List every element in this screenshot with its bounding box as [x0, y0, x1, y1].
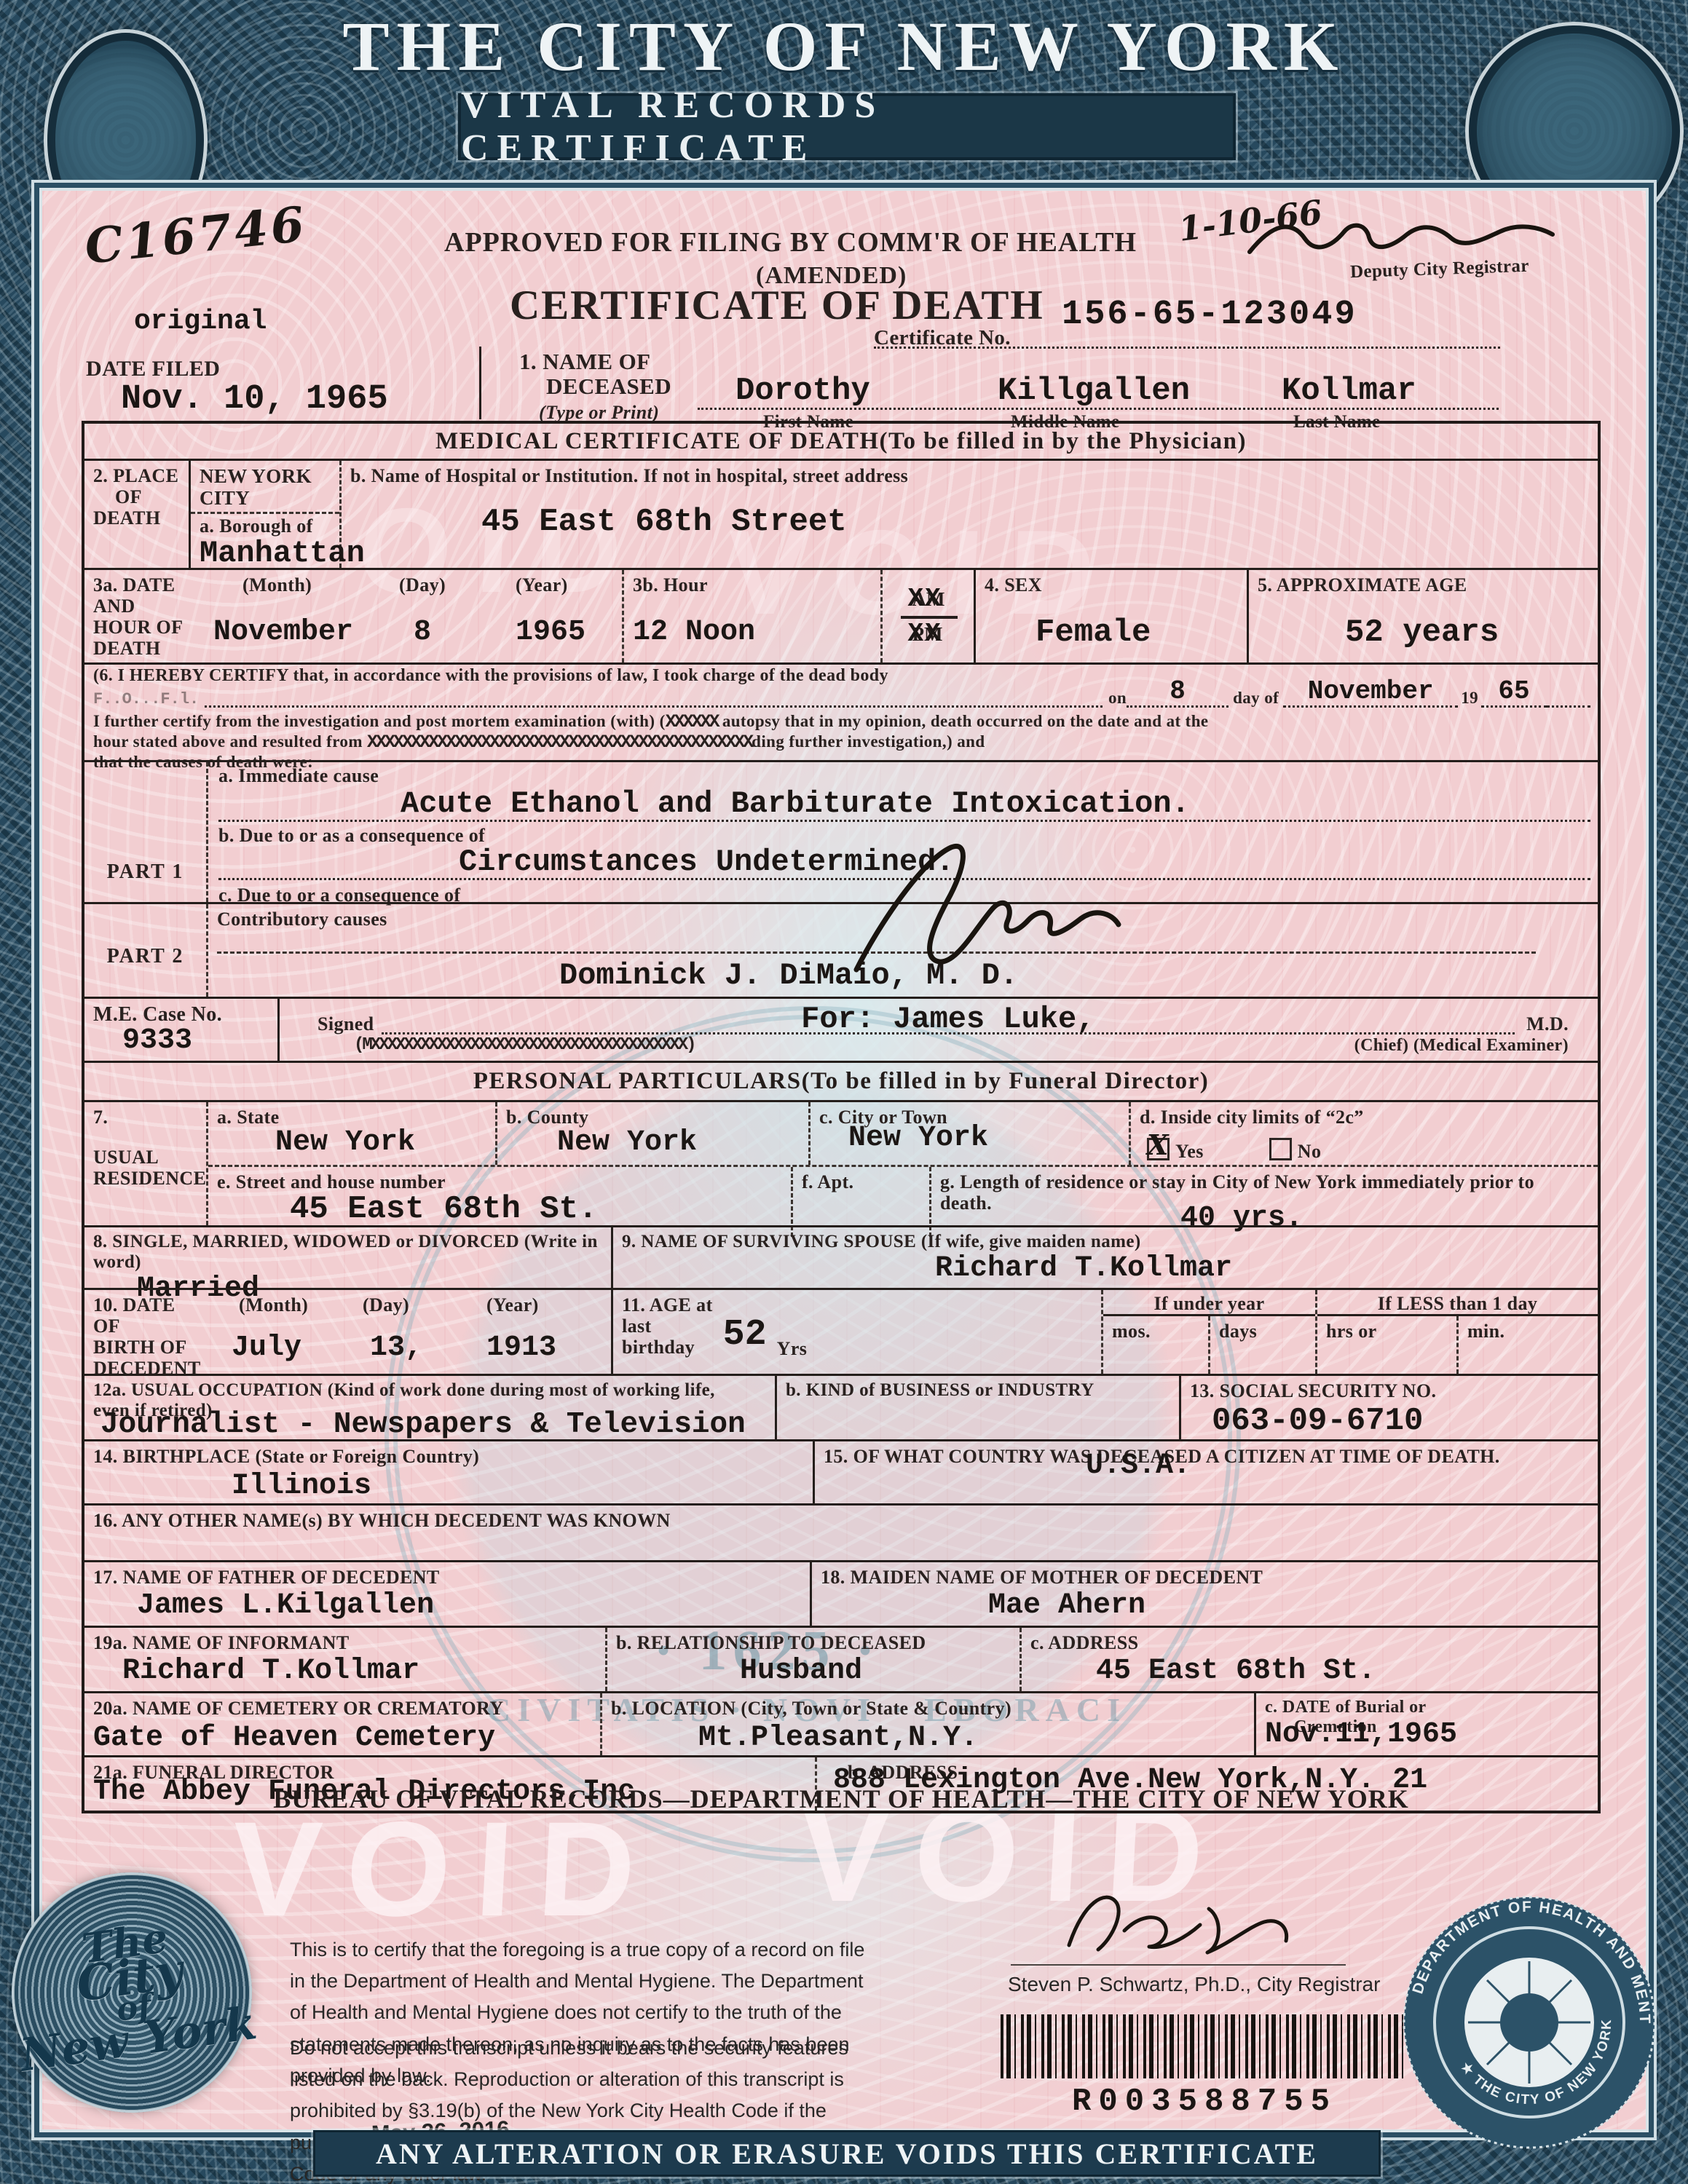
cemetery-cell: 20a. NAME OF CEMETERY OR CREMATORY Gate …: [84, 1693, 600, 1755]
am-strike-xx: XX: [908, 584, 942, 614]
residence-street-value: 45 East 68th St.: [290, 1192, 784, 1226]
am-struck: AM XX: [902, 585, 956, 614]
birthplace-citizen-row: 14. BIRTHPLACE (State or Foreign Country…: [84, 1439, 1598, 1503]
bureau-line: BUREAU OF VITAL RECORDS—DEPARTMENT OF HE…: [82, 1784, 1601, 1814]
certify-fill-line: [205, 689, 1103, 708]
city-town-value: New York: [848, 1123, 1121, 1154]
borough-label: a. Borough of: [200, 515, 332, 537]
certificate-page: THE CITY OF NEW YORK VITAL RECORDS CERTI…: [0, 0, 1688, 2184]
under-year-label: If under year: [1103, 1290, 1315, 1316]
father-label: 17. NAME OF FATHER OF DECEDENT: [93, 1567, 440, 1588]
certify-line-2: F..O...F.l. on 8 day of November 19 65: [93, 686, 1590, 708]
signed-for-value: For: James Luke,: [801, 1002, 1095, 1037]
yrs-label: Yrs: [777, 1338, 808, 1371]
dob-age-row: 10. DATE OF BIRTH OF DECEDENT (Month) Ju…: [84, 1288, 1598, 1374]
certify-day-of: day of: [1233, 689, 1279, 708]
yes-checkmark: X: [1147, 1130, 1169, 1161]
certify-3-strike: XXXXXXXXXXXXXXXXXXXXXXXXXXXXXXXXXXXXXXXX…: [367, 732, 752, 753]
state-cell: a. State New York: [208, 1102, 495, 1165]
occupation-value: Journalist - Newspapers & Television: [100, 1409, 768, 1441]
birthplace-label: 14. BIRTHPLACE (State or Foreign Country…: [93, 1446, 479, 1467]
informant-address-label: c. ADDRESS: [1030, 1632, 1138, 1653]
if-under-year-cell: If under year mos. days: [1101, 1290, 1315, 1374]
ssn-label: 13. SOCIAL SECURITY NO.: [1190, 1380, 1436, 1401]
borough-value: Manhattan: [200, 537, 332, 569]
type-or-print-note: (Type or Print): [539, 402, 659, 423]
city-limits-label: d. Inside city limits of “2c”: [1140, 1107, 1364, 1128]
vital-records-banner-text: VITAL RECORDS CERTIFICATE: [461, 84, 1233, 170]
certify-2-strike: XXXXXX: [666, 711, 718, 732]
month-label: (Month): [213, 574, 383, 596]
father-cell: 17. NAME OF FATHER OF DECEDENT James L.K…: [84, 1562, 810, 1626]
cemetery-location-value: Mt.Pleasant,N.Y.: [698, 1723, 1247, 1754]
apt-label: f. Apt.: [802, 1171, 853, 1192]
me-case-number: 9333: [122, 1026, 270, 1056]
county-label: b. County: [506, 1107, 588, 1128]
me-case-label: M.E. Case No.: [93, 1003, 270, 1026]
informant-row: 19a. NAME OF INFORMANT Richard T.Kollmar…: [84, 1626, 1598, 1691]
vital-records-banner: VITAL RECORDS CERTIFICATE: [458, 93, 1236, 160]
month-cell: (Month) November: [205, 570, 390, 662]
rosette-text-new-york: New York: [17, 2001, 259, 2078]
approximate-age-value: 52 years: [1345, 616, 1590, 649]
occupation-row: 12a. USUAL OCCUPATION (Kind of work done…: [84, 1374, 1598, 1439]
business-cell: b. KIND of BUSINESS or INDUSTRY: [775, 1376, 1179, 1439]
signed-fill-line: For: James Luke,: [382, 1003, 1515, 1034]
signed-label: Signed: [318, 1013, 374, 1034]
part2-row: PART 2 Contributory causes Dominick J. D…: [84, 902, 1598, 997]
hospital-label: b. Name of Hospital or Institution. If n…: [350, 465, 1590, 486]
father-mother-row: 17. NAME OF FATHER OF DECEDENT James L.K…: [84, 1560, 1598, 1626]
medical-section-header-row: MEDICAL CERTIFICATE OF DEATH (To be fill…: [84, 424, 1598, 459]
pm-struck: PM XX: [902, 620, 956, 649]
residence-label-2: RESIDENCE: [93, 1168, 199, 1189]
registrar-signature: [1054, 1880, 1302, 1967]
certify-2a: I further certify from the investigation…: [93, 712, 666, 730]
certification-row: (6. I HEREBY CERTIFY that, in accordance…: [84, 662, 1598, 760]
age-at-death-cell: 11. AGE at last birthday 52 Yrs: [611, 1290, 1101, 1374]
county-cell: b. County New York: [495, 1102, 808, 1165]
burial-date-cell: c. DATE of Burial or Cremation Nov.11,19…: [1254, 1693, 1598, 1755]
min-label: min.: [1456, 1316, 1598, 1374]
less-day-columns: hrs or min.: [1317, 1316, 1598, 1374]
dob-label-1: 10. DATE OF: [93, 1294, 201, 1337]
dashed-divider: [191, 512, 339, 514]
yes-checkbox: X: [1147, 1138, 1170, 1160]
city-town-cell: c. City or Town New York: [808, 1102, 1129, 1165]
marital-cell: 8. SINGLE, MARRIED, WIDOWED or DIVORCED …: [84, 1227, 611, 1288]
burial-date-label: c. DATE of Burial or: [1265, 1698, 1427, 1717]
registrar-signature-line: [1011, 1964, 1346, 1966]
year-cell: (Year) 1965: [507, 570, 622, 662]
security-barcode: [1001, 2014, 1408, 2078]
year-label: (Year): [516, 574, 615, 596]
control-number-handwritten: C16746: [82, 195, 310, 275]
age-label-1: 11. AGE at: [622, 1294, 713, 1315]
less-day-label: If LESS than 1 day: [1317, 1290, 1598, 1316]
other-names-label: 16. ANY OTHER NAME(s) BY WHICH DECEDENT …: [93, 1510, 671, 1531]
dob-day-label: (Day): [363, 1294, 470, 1315]
dob-label-2: BIRTH OF: [93, 1337, 201, 1358]
place-label-3: DEATH: [93, 507, 181, 529]
department-of-health-seal: DEPARTMENT OF HEALTH AND MENTAL HYGIENE …: [1398, 1891, 1660, 2153]
md-label: M.D.: [1526, 1013, 1569, 1034]
ssn-value: 063-09-6710: [1212, 1404, 1590, 1438]
cemetery-row: 20a. NAME OF CEMETERY OR CREMATORY Gate …: [84, 1691, 1598, 1755]
personal-section-title: PERSONAL PARTICULARS: [473, 1068, 802, 1095]
hour-cell: 3b. Hour 12 Noon: [622, 570, 880, 662]
days-label: days: [1208, 1316, 1315, 1374]
place-of-death-label-cell: 2. PLACE OF DEATH: [84, 461, 189, 568]
struck-line: (MXXXXXXXXXXXXXXXXXXXXXXXXXXXXXXXXXXXXXX…: [354, 1036, 1569, 1056]
age-label-2: last: [622, 1315, 713, 1337]
spouse-cell: 9. NAME OF SURVIVING SPOUSE (If wife, gi…: [611, 1227, 1598, 1288]
personal-section-note: (To be filled in by Funeral Director): [802, 1068, 1210, 1095]
dob-year-cell: (Year) 1913: [478, 1290, 611, 1374]
place-street-value: 45 East 68th Street: [481, 505, 1590, 539]
informant-address-value: 45 East 68th St.: [1096, 1656, 1590, 1687]
spouse-value: Richard T.Kollmar: [935, 1254, 1590, 1284]
dimaio-signature: [813, 839, 1140, 984]
residence-content: a. State New York b. County New York c. …: [208, 1102, 1598, 1225]
name-of-deceased-label-2: DECEASED: [546, 374, 671, 400]
am-pm-cell: AM XX PM XX: [880, 570, 974, 662]
certificate-number-line: [874, 322, 1500, 349]
business-label: b. KIND of BUSINESS or INDUSTRY: [786, 1380, 1095, 1400]
occupation-cell: 12a. USUAL OCCUPATION (Kind of work done…: [84, 1376, 775, 1439]
approximate-age-label: 5. APPROXIMATE AGE: [1258, 574, 1590, 596]
no-checkbox: [1269, 1138, 1292, 1160]
certify-year-value: 65: [1498, 676, 1529, 706]
if-less-day-cell: If LESS than 1 day hrs or min.: [1315, 1290, 1598, 1374]
yes-option: XYes: [1147, 1138, 1204, 1162]
hour-value: 12 Noon: [633, 617, 873, 648]
medical-section-title: MEDICAL CERTIFICATE OF DEATH: [435, 428, 880, 455]
relationship-label: b. RELATIONSHIP TO DECEASED: [616, 1632, 926, 1653]
place-of-death-row: 2. PLACE OF DEATH NEW YORK CITY a. Borou…: [84, 459, 1598, 568]
state-label: a. State: [217, 1107, 280, 1128]
dob-year-label: (Year): [486, 1294, 604, 1315]
residence-number: 7.: [93, 1107, 199, 1128]
informant-cell: 19a. NAME OF INFORMANT Richard T.Kollmar: [84, 1628, 605, 1691]
name-of-deceased-label-1: 1. NAME OF: [519, 349, 651, 375]
approved-for-filing-line: APPROVED FOR FILING BY COMM'R OF HEALTH: [444, 227, 1137, 258]
citizen-label: 15. OF WHAT COUNTRY WAS DECEASED A CITIZ…: [824, 1446, 1560, 1467]
relationship-cell: b. RELATIONSHIP TO DECEASED Husband: [605, 1628, 1019, 1691]
no-option: No: [1269, 1138, 1322, 1162]
new-york-city-label: NEW YORK CITY: [200, 465, 332, 509]
first-name-value: Dorothy: [735, 374, 870, 408]
dob-month-cell: (Month) July: [208, 1290, 354, 1374]
birthplace-cell: 14. BIRTHPLACE (State or Foreign Country…: [84, 1441, 813, 1503]
bottom-alteration-text: ANY ALTERATION OR ERASURE VOIDS THIS CER…: [376, 2137, 1318, 2171]
certificate-form: MEDICAL CERTIFICATE OF DEATH (To be fill…: [82, 421, 1601, 1813]
certify-year-line: 65: [1481, 678, 1547, 708]
residence-street-label: e. Street and house number: [217, 1171, 446, 1192]
marital-label: 8. SINGLE, MARRIED, WIDOWED or DIVORCED …: [93, 1232, 598, 1272]
cemetery-location-label: b. LOCATION (City, Town or State & Count…: [611, 1698, 1011, 1719]
county-value: New York: [557, 1128, 801, 1158]
dh-label-2: HOUR OF: [93, 617, 197, 638]
place-label-1: 2. PLACE: [93, 465, 181, 486]
other-names-row: 16. ANY OTHER NAME(s) BY WHICH DECEDENT …: [84, 1503, 1598, 1560]
age-label-3: birthday: [622, 1337, 713, 1358]
mos-label: mos.: [1103, 1316, 1208, 1374]
date-filed-value: Nov. 10, 1965: [121, 381, 388, 417]
mother-value: Mae Ahern: [988, 1591, 1590, 1621]
mother-cell: 18. MAIDEN NAME OF MOTHER OF DECEDENT Ma…: [810, 1562, 1598, 1626]
certify-day-value: 8: [1170, 676, 1186, 706]
copy-type: original: [134, 307, 267, 336]
dob-month-value: July: [232, 1333, 347, 1364]
immediate-cause-value: Acute Ethanol and Barbiturate Intoxicati…: [401, 786, 1190, 821]
ssn-cell: 13. SOCIAL SECURITY NO. 063-09-6710: [1179, 1376, 1598, 1439]
medical-section-note: (To be filled in by the Physician): [880, 428, 1247, 455]
day-value: 8: [414, 617, 500, 648]
pm-strike-xx: XX: [908, 619, 942, 649]
part2-label-cell: PART 2: [84, 904, 208, 997]
cemetery-location-cell: b. LOCATION (City, Town or State & Count…: [600, 1693, 1254, 1755]
dob-day-value: 13,: [370, 1333, 470, 1364]
no-label: No: [1298, 1141, 1322, 1162]
certify-on: on: [1108, 689, 1127, 708]
spouse-label: 9. NAME OF SURVIVING SPOUSE (If wife, gi…: [622, 1232, 1141, 1251]
mother-label: 18. MAIDEN NAME OF MOTHER OF DECEDENT: [821, 1567, 1263, 1588]
certification-cell: (6. I HEREBY CERTIFY that, in accordance…: [84, 665, 1598, 760]
date-hour-row: 3a. DATE AND HOUR OF DEATH (Month) Novem…: [84, 568, 1598, 662]
residence-row: 7. USUAL RESIDENCE a. State New York b. …: [84, 1100, 1598, 1225]
residence-label-1: USUAL: [93, 1147, 199, 1168]
under-year-columns: mos. days: [1103, 1316, 1315, 1374]
hospital-cell: b. Name of Hospital or Institution. If n…: [342, 461, 1598, 568]
personal-section-header-row: PERSONAL PARTICULARS (To be filled in by…: [84, 1061, 1598, 1100]
dh-label-1: 3a. DATE AND: [93, 574, 197, 617]
dh-label-3: DEATH: [93, 638, 197, 659]
sex-value: Female: [1036, 616, 1239, 649]
other-names-cell: 16. ANY OTHER NAME(s) BY WHICH DECEDENT …: [84, 1506, 1598, 1560]
hrs-label: hrs or: [1317, 1316, 1456, 1374]
borough-cell: NEW YORK CITY a. Borough of Manhattan: [189, 461, 342, 568]
city-limits-options: XYes No: [1147, 1138, 1590, 1162]
residence-subrow-1: a. State New York b. County New York c. …: [208, 1102, 1598, 1167]
dob-year-value: 1913: [486, 1333, 604, 1364]
part1-label: PART 1: [107, 860, 184, 883]
part2-label: PART 2: [107, 945, 184, 968]
sex-label: 4. SEX: [985, 574, 1239, 596]
informant-label: 19a. NAME OF INFORMANT: [93, 1632, 350, 1653]
barcode-number: R003588755: [1001, 2084, 1408, 2120]
me-case-cell: M.E. Case No. 9333: [84, 999, 280, 1061]
certify-month-value: November: [1308, 676, 1434, 706]
divider-line: [479, 347, 481, 419]
part2-content-cell: Contributory causes Dominick J. DiMaio, …: [208, 904, 1598, 997]
signed-cell: Signed For: James Luke, M.D. (MXXXXXXXXX…: [280, 999, 1598, 1061]
day-label: (Day): [399, 574, 500, 596]
burial-date-value: Nov.11,1965: [1265, 1720, 1590, 1750]
struck-text: (MXXXXXXXXXXXXXXXXXXXXXXXXXXXXXXXXXXXXXX…: [354, 1036, 695, 1056]
age-value: 52: [723, 1316, 767, 1371]
certificate-paper: · 1625 · CIVITATIS · NOVI · EBORACI VOID…: [42, 191, 1646, 2129]
cemetery-label: 20a. NAME OF CEMETERY OR CREMATORY: [93, 1698, 504, 1719]
city-banner-title: THE CITY OF NEW YORK: [0, 6, 1688, 87]
part1-label-cell: PART 1: [84, 762, 208, 902]
dob-month-label: (Month): [217, 1294, 347, 1315]
month-value: November: [213, 617, 383, 648]
certify-smudge: F..O...F.l.: [93, 691, 199, 708]
chief-medical-examiner-label: (Chief) (Medical Examiner): [1354, 1036, 1569, 1056]
immediate-cause-label: a. Immediate cause: [218, 765, 1590, 786]
day-cell: (Day) 8: [390, 570, 507, 662]
me-case-row: M.E. Case No. 9333 Signed For: James Luk…: [84, 997, 1598, 1061]
year-value: 1965: [516, 617, 615, 648]
birthplace-value: Illinois: [232, 1471, 805, 1502]
hour-label: 3b. Hour: [633, 574, 873, 596]
relationship-value: Husband: [740, 1656, 1012, 1687]
signed-line: Signed For: James Luke, M.D.: [288, 1003, 1590, 1034]
last-name-value: Kollmar: [1282, 374, 1416, 408]
father-value: James L.Kilgallen: [137, 1591, 802, 1621]
certify-month-line: November: [1283, 678, 1458, 708]
informant-value: Richard T.Kollmar: [122, 1656, 598, 1687]
certify-19: 19: [1461, 689, 1478, 708]
certify-day-line: 8: [1127, 678, 1228, 708]
bottom-alteration-band: ANY ALTERATION OR ERASURE VOIDS THIS CER…: [313, 2130, 1381, 2177]
age-labels: 11. AGE at last birthday: [622, 1294, 713, 1371]
dob-label-cell: 10. DATE OF BIRTH OF DECEDENT: [84, 1290, 208, 1374]
registrar-name: Steven P. Schwartz, Ph.D., City Registra…: [1008, 1973, 1380, 1996]
void-watermark: VOID: [227, 1792, 663, 1947]
dob-day-cell: (Day) 13,: [354, 1290, 478, 1374]
sex-cell: 4. SEX Female: [974, 570, 1247, 662]
city-limits-cell: d. Inside city limits of “2c” XYes No: [1129, 1102, 1598, 1165]
certify-line-4: hour stated above and resulted from XXXX…: [93, 732, 1590, 753]
citizen-cell: 15. OF WHAT COUNTRY WAS DECEASED A CITIZ…: [813, 1441, 1598, 1503]
certify-trailing-line: [1547, 689, 1590, 708]
residence-label-cell: 7. USUAL RESIDENCE: [84, 1102, 208, 1225]
middle-name-value: Killgallen: [998, 374, 1190, 408]
marital-spouse-row: 8. SINGLE, MARRIED, WIDOWED or DIVORCED …: [84, 1225, 1598, 1288]
certify-line-3: I further certify from the investigation…: [93, 712, 1590, 732]
certify-3b: ding further investigation,) and: [752, 732, 985, 751]
informant-address-cell: c. ADDRESS 45 East 68th St.: [1019, 1628, 1598, 1691]
certify-2b: autopsy that in my opinion, death occurr…: [718, 712, 1209, 730]
cemetery-value: Gate of Heaven Cemetery: [93, 1723, 593, 1754]
yes-label: Yes: [1175, 1141, 1204, 1162]
age-cell: 5. APPROXIMATE AGE 52 years: [1247, 570, 1598, 662]
certify-3a: hour stated above and resulted from: [93, 732, 367, 751]
date-filed-label: DATE FILED: [86, 357, 220, 381]
state-value: New York: [275, 1128, 488, 1158]
date-hour-label-cell: 3a. DATE AND HOUR OF DEATH: [84, 570, 205, 662]
place-label-2: OF: [93, 486, 181, 507]
